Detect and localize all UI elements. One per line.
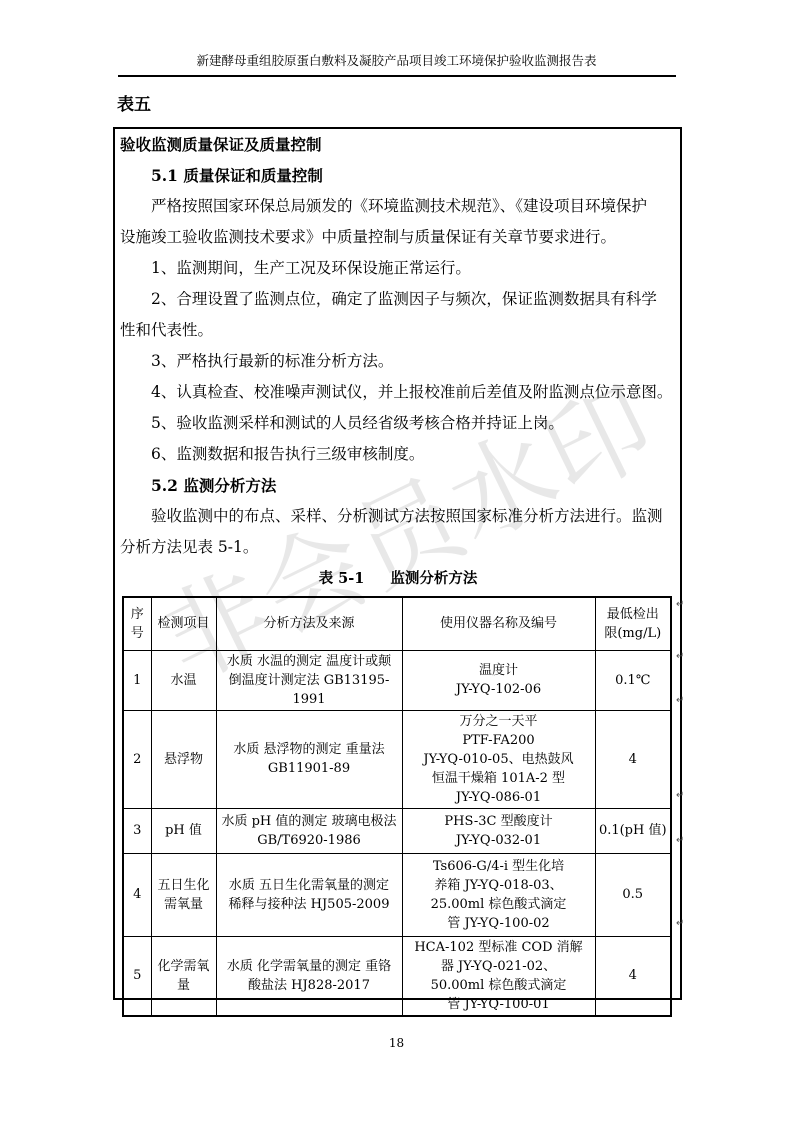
table-header: 序 号检测项目分析方法及来源使用仪器名称及编号最低检出 限(mg/L) <box>123 597 671 650</box>
section-5-1-title: 5.1 质量保证和质量控制 <box>120 160 676 191</box>
paragraph-mark-icon: ↵ <box>676 918 684 929</box>
cell-limit: 0.1℃ <box>595 650 671 710</box>
table-caption-title: 监测分析方法 <box>390 570 477 587</box>
column-header: 序 号 <box>123 597 151 650</box>
table-caption: 表 5-1监测分析方法 <box>120 566 676 592</box>
page-header-title: 新建酵母重组胶原蛋白敷料及凝胶产品项目竣工环境保护验收监测报告表 <box>0 52 793 70</box>
paragraph: 5、验收监测采样和测试的人员经省级考核合格并持证上岗。 <box>120 408 676 439</box>
content-box: 验收监测质量保证及质量控制 5.1 质量保证和质量控制 严格按照国家环保总局颁发… <box>113 127 682 1000</box>
table-caption-number: 表 5-1 <box>319 570 365 587</box>
section-5-1-paragraphs: 严格按照国家环保总局颁发的《环境监测技术规范》、《建设项目环境保护 设施竣工验收… <box>120 191 676 470</box>
cell-method: 水质 五日生化需氧量的测定 稀释与接种法 HJ505-2009 <box>216 853 402 936</box>
column-header: 最低检出 限(mg/L) <box>595 597 671 650</box>
cell-method: 水质 pH 值的测定 玻璃电极法 GB/T6920-1986 <box>216 808 402 853</box>
cell-method: 水质 悬浮物的测定 重量法 GB11901-89 <box>216 710 402 808</box>
cell-no: 5 <box>123 936 151 1016</box>
section-5-2-paragraph: 验收监测中的布点、采样、分析测试方法按照国家标准分析方法进行。监测 分析方法见表… <box>120 501 676 563</box>
cell-method: 水质 水温的测定 温度计或颠 倒温度计测定法 GB13195-1991 <box>216 650 402 710</box>
cell-item: 水温 <box>151 650 216 710</box>
paragraph-mark-icon: ↵ <box>676 651 684 662</box>
paragraph: 1、监测期间，生产工况及环保设施正常运行。 <box>120 253 676 284</box>
paragraph: 4、认真检查、校准噪声测试仪，并上报校准前后差值及附监测点位示意图。 <box>120 377 676 408</box>
paragraph: 3、严格执行最新的标准分析方法。 <box>120 346 676 377</box>
paragraph-mark-icon: ↵ <box>676 835 684 846</box>
cell-instrument: 万分之一天平 PTF-FA200 JY-YQ-010-05、电热鼓风 恒温干燥箱… <box>402 710 595 808</box>
paragraph: 2、合理设置了监测点位，确定了监测因子与频次，保证监测数据具有科学 性和代表性。 <box>120 284 676 346</box>
cell-no: 3 <box>123 808 151 853</box>
cell-limit: 0.1(pH 值) <box>595 808 671 853</box>
table-five-label: 表五 <box>117 90 151 115</box>
cell-item: pH 值 <box>151 808 216 853</box>
section-5-2-title: 5.2 监测分析方法 <box>120 470 676 501</box>
cell-item: 化学需氧 量 <box>151 936 216 1016</box>
paragraph: 严格按照国家环保总局颁发的《环境监测技术规范》、《建设项目环境保护 设施竣工验收… <box>120 191 676 253</box>
paragraph: 6、监测数据和报告执行三级审核制度。 <box>120 439 676 470</box>
cell-instrument: Ts606-G/4-i 型生化培 养箱 JY-YQ-018-03、 25.00m… <box>402 853 595 936</box>
table-row: 4五日生化 需氧量水质 五日生化需氧量的测定 稀释与接种法 HJ505-2009… <box>123 853 671 936</box>
cell-item: 悬浮物 <box>151 710 216 808</box>
cell-instrument: HCA-102 型标准 COD 消解 器 JY-YQ-021-02、 50.00… <box>402 936 595 1016</box>
cell-instrument: 温度计 JY-YQ-102-06 <box>402 650 595 710</box>
cell-limit: 0.5 <box>595 853 671 936</box>
table-body: 1水温水质 水温的测定 温度计或颠 倒温度计测定法 GB13195-1991温度… <box>123 650 671 1016</box>
paragraph-mark-icon: ↵ <box>676 695 684 706</box>
column-header: 检测项目 <box>151 597 216 650</box>
header-rule <box>118 75 676 77</box>
page-number: 18 <box>0 1036 793 1050</box>
cell-limit: 4 <box>595 936 671 1016</box>
cell-no: 1 <box>123 650 151 710</box>
cell-no: 4 <box>123 853 151 936</box>
cell-instrument: PHS-3C 型酸度计 JY-YQ-032-01 <box>402 808 595 853</box>
cell-no: 2 <box>123 710 151 808</box>
table-row: 3pH 值水质 pH 值的测定 玻璃电极法 GB/T6920-1986PHS-3… <box>123 808 671 853</box>
paragraph-mark-icon: ↵ <box>676 599 684 610</box>
cell-item: 五日生化 需氧量 <box>151 853 216 936</box>
paragraph-mark-icon: ↵ <box>676 790 684 801</box>
column-header: 分析方法及来源 <box>216 597 402 650</box>
table-row: 2悬浮物水质 悬浮物的测定 重量法 GB11901-89万分之一天平 PTF-F… <box>123 710 671 808</box>
cell-limit: 4 <box>595 710 671 808</box>
table-row: 1水温水质 水温的测定 温度计或颠 倒温度计测定法 GB13195-1991温度… <box>123 650 671 710</box>
cell-method: 水质 化学需氧量的测定 重铬 酸盐法 HJ828-2017 <box>216 936 402 1016</box>
table-header-row: 序 号检测项目分析方法及来源使用仪器名称及编号最低检出 限(mg/L) <box>123 597 671 650</box>
monitoring-methods-table: 序 号检测项目分析方法及来源使用仪器名称及编号最低检出 限(mg/L) 1水温水… <box>122 596 672 1017</box>
table-row: 5化学需氧 量水质 化学需氧量的测定 重铬 酸盐法 HJ828-2017HCA-… <box>123 936 671 1016</box>
document-page: 非会员水印 新建酵母重组胶原蛋白敷料及凝胶产品项目竣工环境保护验收监测报告表 表… <box>0 0 793 1122</box>
box-title: 验收监测质量保证及质量控制 <box>120 129 676 160</box>
column-header: 使用仪器名称及编号 <box>402 597 595 650</box>
